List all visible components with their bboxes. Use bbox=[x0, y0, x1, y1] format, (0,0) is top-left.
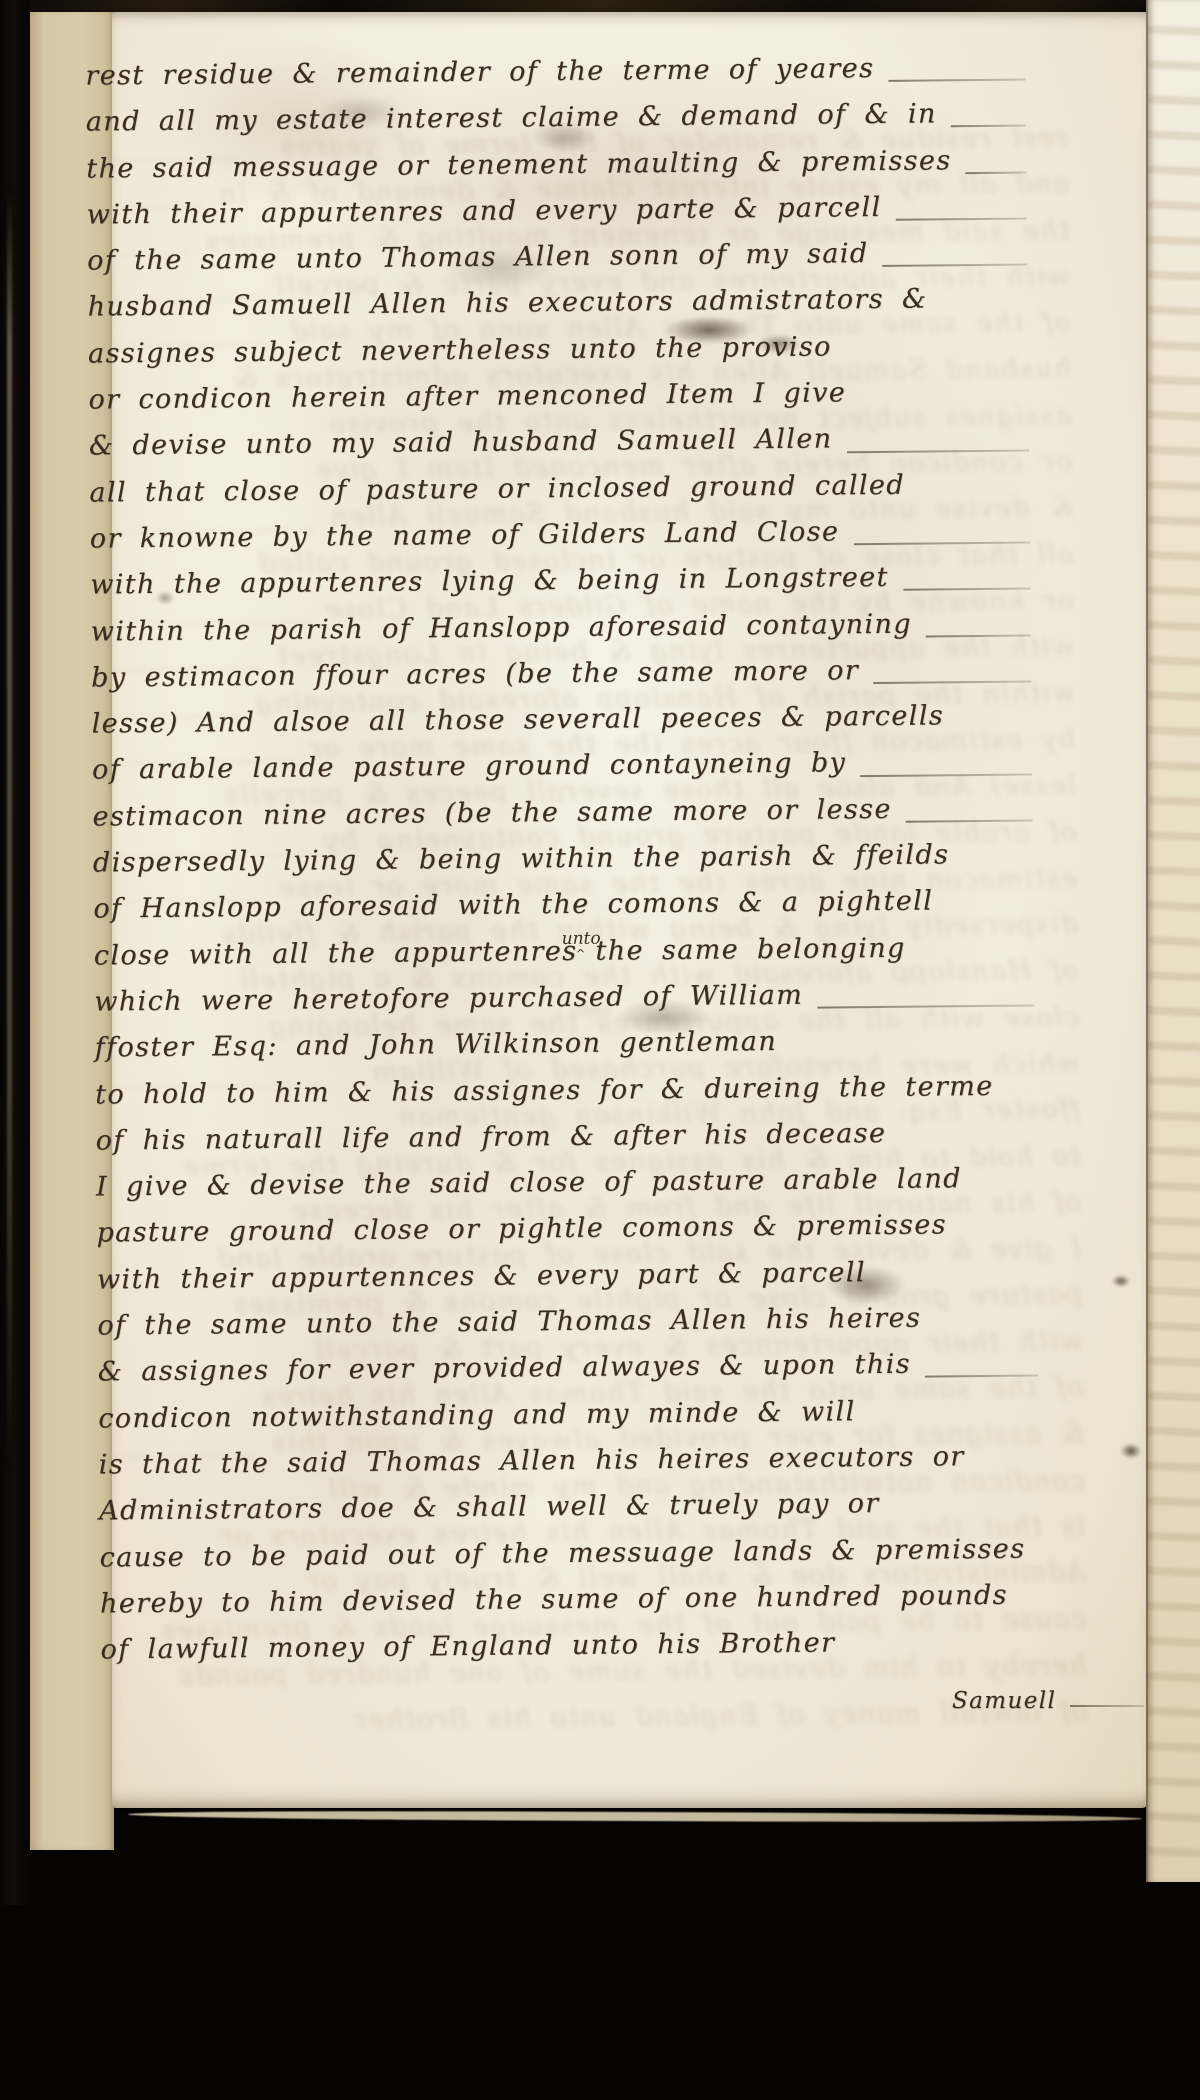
manuscript-line-text: which were heretofore purchased of Willi… bbox=[94, 980, 803, 1018]
line-filler-stroke bbox=[847, 449, 1029, 453]
manuscript-line: of lawfull money of England unto his Bro… bbox=[100, 1626, 1044, 1681]
manuscript-line-text: close with all the appurtenres the same … bbox=[94, 932, 906, 971]
line-filler-stroke bbox=[853, 542, 1029, 546]
manuscript-line-text: with their appurtenres and every parte &… bbox=[87, 192, 882, 231]
line-filler-stroke bbox=[966, 171, 1027, 174]
line-filler-stroke bbox=[903, 588, 1030, 591]
manuscript-line-text: assignes subject nevertheless unto the p… bbox=[88, 331, 832, 369]
manuscript-line-text: within the parish of Hanslopp aforesaid … bbox=[91, 608, 913, 647]
line-filler-stroke bbox=[1070, 1705, 1144, 1707]
manuscript-line-text: all that close of pasture or inclosed gr… bbox=[89, 469, 905, 508]
manuscript-line-text: Administrators doe & shall well & truely… bbox=[99, 1488, 880, 1526]
manuscript-photo: rest residue & remainder of the terme of… bbox=[0, 0, 1200, 2100]
catchword: Samuell bbox=[952, 1688, 1056, 1714]
line-filler-stroke bbox=[926, 634, 1031, 637]
manuscript-line-text: by estimacon ffour acres (be the same mo… bbox=[91, 655, 859, 693]
manuscript-line-text: of Hanslopp aforesaid with the comons & … bbox=[93, 886, 933, 925]
manuscript-line-text: ffoster Esq: and John Wilkinson gentlema… bbox=[95, 1026, 778, 1064]
manuscript-line-text: estimacon nine acres (be the same more o… bbox=[92, 794, 892, 833]
manuscript-line-text: of the same unto Thomas Allen sonn of my… bbox=[87, 238, 869, 276]
manuscript-line-text: with the appurtenres lying & being in Lo… bbox=[90, 562, 889, 601]
line-filler-stroke bbox=[888, 79, 1025, 82]
manuscript-line-text: or condicon herein after menconed Item I… bbox=[88, 377, 846, 415]
line-filler-stroke bbox=[873, 681, 1031, 685]
line-filler-stroke bbox=[896, 218, 1027, 221]
line-filler-stroke bbox=[817, 1005, 1034, 1009]
manuscript-line: of lawfull money of England unto his Bro… bbox=[112, 1696, 1088, 1755]
manuscript-line-text: rest residue & remainder of the terme of… bbox=[85, 53, 874, 92]
manuscript-line-text: of arable lande pasture ground contaynei… bbox=[92, 748, 846, 786]
manuscript-line-text: & devise unto my said husband Samuell Al… bbox=[89, 424, 833, 462]
manuscript-line-text: with their appurtennces & every part & p… bbox=[97, 1257, 866, 1295]
insert-above-word: unto bbox=[562, 928, 601, 948]
manuscript-line-text: & assignes for ever provided alwayes & u… bbox=[98, 1349, 911, 1388]
manuscript-line-text: of his naturall life and from & after hi… bbox=[95, 1118, 886, 1157]
catchword-row: Samuell bbox=[952, 1688, 1148, 1714]
line-filler-stroke bbox=[860, 773, 1032, 777]
page-bottom-edge bbox=[128, 1810, 1142, 1823]
line-filler-stroke bbox=[925, 1375, 1038, 1378]
manuscript-text: rest residue & remainder of the terme of… bbox=[85, 52, 1045, 1681]
manuscript-line-text: husband Samuell Allen his executors admi… bbox=[87, 284, 927, 323]
line-filler-stroke bbox=[951, 125, 1026, 128]
manuscript-line-text: of the same unto the said Thomas Allen h… bbox=[97, 1303, 921, 1342]
line-filler-stroke bbox=[883, 264, 1028, 267]
line-filler-stroke bbox=[906, 819, 1033, 822]
adjacent-page-edge bbox=[1146, 0, 1200, 1882]
manuscript-line-text: or knowne by the name of Gilders Land Cl… bbox=[90, 516, 840, 554]
manuscript-line-text: of lawfull money of England unto his Bro… bbox=[100, 1628, 835, 1666]
manuscript-line-text: condicon notwithstanding and my minde & … bbox=[98, 1396, 856, 1434]
book-spine bbox=[0, 0, 30, 1905]
